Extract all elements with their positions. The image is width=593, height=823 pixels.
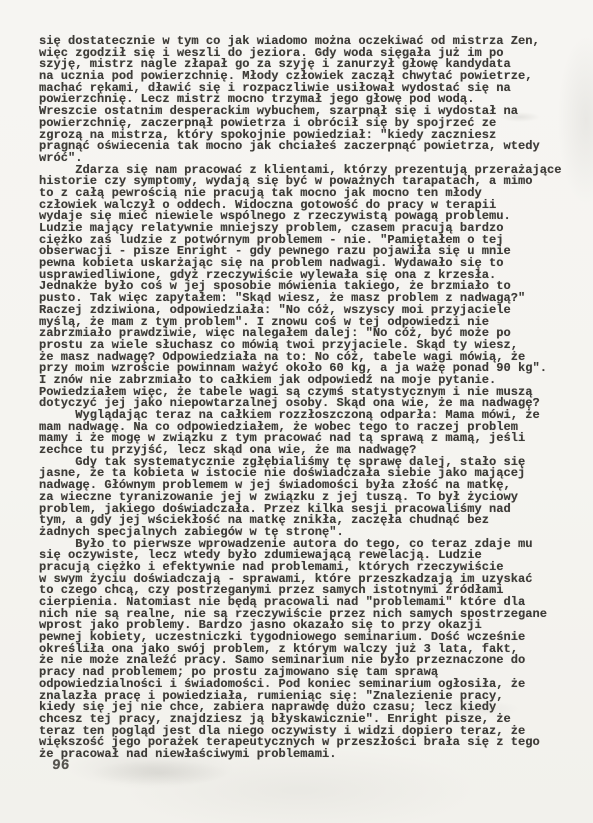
paragraph-real-problem-anger: Gdy tak systematycznie zgłębialiśmy tę s…	[39, 457, 587, 539]
paragraph-mother-says: Wyglądając teraz na całkiem rozzłoszczon…	[39, 410, 587, 457]
paragraph-clients-overweight-story: Zdarza się nam pracować z klientami, któ…	[39, 165, 587, 410]
scanned-book-page: się dostatecznie w tym co jak wiadomo mo…	[0, 0, 593, 823]
paragraph-authors-revelation: Było to pierwsze wprowadzenie autora do …	[39, 539, 587, 761]
body-text: się dostatecznie w tym co jak wiadomo mo…	[39, 36, 587, 761]
paragraph-zen-story-continuation: się dostatecznie w tym co jak wiadomo mo…	[39, 36, 587, 165]
scan-smudge	[90, 760, 230, 786]
page-number: 96	[51, 758, 70, 774]
